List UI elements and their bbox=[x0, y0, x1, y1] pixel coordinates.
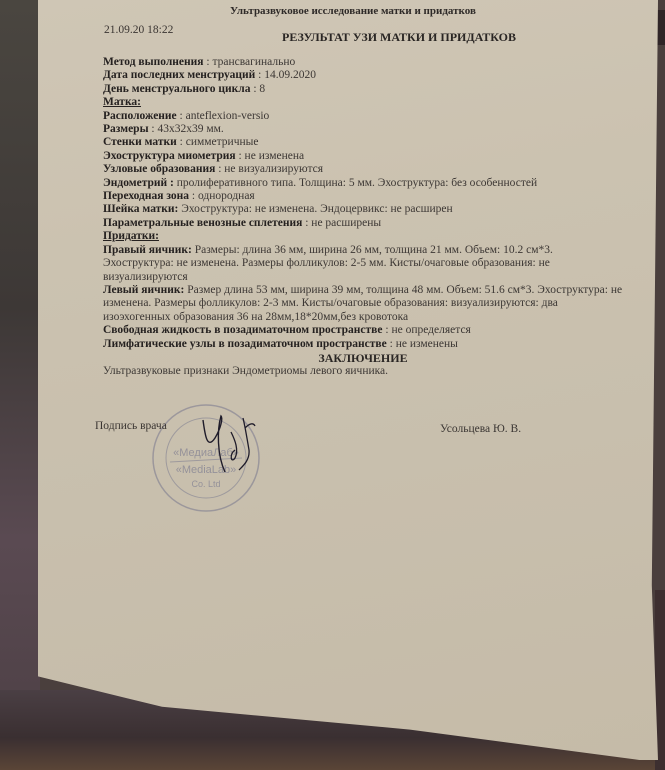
field-label: Шейка матки: bbox=[103, 203, 178, 215]
field-free-fluid: Свободная жидкость в позадиматочном прос… bbox=[103, 324, 623, 337]
section-uterus: Матка: bbox=[103, 96, 623, 109]
field-value: : не визуализируются bbox=[218, 163, 323, 175]
field-value: : anteflexion-versio bbox=[180, 110, 270, 122]
field-lymph-nodes: Лимфатические узлы в позадиматочном прос… bbox=[103, 338, 623, 351]
field-right-ovary: Правый яичник: Размеры: длина 36 мм, шир… bbox=[103, 244, 623, 284]
field-value: : 8 bbox=[253, 83, 265, 95]
doctor-name: Усольцева Ю. В. bbox=[440, 423, 521, 436]
field-label: Свободная жидкость в позадиматочном прос… bbox=[103, 324, 383, 336]
field-value: : не расширены bbox=[305, 217, 381, 229]
field-value: : 43x32x39 мм. bbox=[151, 123, 223, 135]
field-cervix: Шейка матки: Эхоструктура: не изменена. … bbox=[103, 203, 623, 216]
field-label: Метод выполнения bbox=[103, 56, 204, 68]
field-method: Метод выполнения : трансвагинально bbox=[103, 56, 623, 69]
report-body: Метод выполнения : трансвагинально Дата … bbox=[103, 56, 623, 379]
field-uterus-size: Размеры : 43x32x39 мм. bbox=[103, 123, 623, 136]
field-label: Размеры bbox=[103, 123, 149, 135]
report-title: РЕЗУЛЬТАТ УЗИ МАТКИ И ПРИДАТКОВ bbox=[282, 31, 516, 44]
field-uterus-walls: Стенки матки : симметричные bbox=[103, 136, 623, 149]
field-endometrium: Эндометрий : пролиферативного типа. Толщ… bbox=[103, 177, 623, 190]
field-label: Дата последних менструаций bbox=[103, 69, 255, 81]
field-nodes: Узловые образования : не визуализируются bbox=[103, 163, 623, 176]
section-adnexa: Придатки: bbox=[103, 230, 623, 243]
field-label: Стенки матки bbox=[103, 136, 177, 148]
field-label: Эхоструктура миометрия bbox=[103, 150, 236, 162]
field-label: Расположение bbox=[103, 110, 177, 122]
field-value: : однородная bbox=[192, 190, 255, 202]
signature-label: Подпись врача bbox=[95, 420, 167, 433]
field-label: День менструального цикла bbox=[103, 83, 250, 95]
field-label: Параметральные венозные сплетения bbox=[103, 217, 302, 229]
report-header-title: Ультразвуковое исследование матки и прид… bbox=[230, 5, 476, 18]
field-left-ovary: Левый яичник: Размер длина 53 мм, ширина… bbox=[103, 284, 623, 324]
field-value: Эхоструктура: не изменена. Эндоцервикс: … bbox=[178, 203, 452, 215]
conclusion-title: ЗАКЛЮЧЕНИЕ bbox=[103, 352, 623, 365]
signature-icon bbox=[195, 410, 265, 480]
field-value: : трансвагинально bbox=[206, 56, 295, 68]
field-label: Левый яичник: bbox=[103, 284, 184, 296]
conclusion-text: Ультразвуковые признаки Эндометриомы лев… bbox=[103, 365, 623, 378]
field-value: : симметричные bbox=[180, 136, 259, 148]
svg-text:Co. Ltd: Co. Ltd bbox=[191, 479, 220, 489]
field-label: Лимфатические узлы в позадиматочном прос… bbox=[103, 338, 387, 350]
ultrasound-report: Ультразвуковое исследование матки и прид… bbox=[0, 0, 665, 770]
field-label: Переходная зона bbox=[103, 190, 189, 202]
field-parametrial: Параметральные венозные сплетения : не р… bbox=[103, 217, 623, 230]
field-value: : не определяется bbox=[385, 324, 470, 336]
field-value: : не изменена bbox=[238, 150, 304, 162]
field-value: : не изменены bbox=[390, 338, 458, 350]
field-myometrium: Эхоструктура миометрия : не изменена bbox=[103, 150, 623, 163]
field-uterus-position: Расположение : anteflexion-versio bbox=[103, 110, 623, 123]
field-label: Правый яичник: bbox=[103, 244, 192, 256]
field-label: Узловые образования bbox=[103, 163, 215, 175]
field-transition-zone: Переходная зона : однородная bbox=[103, 190, 623, 203]
field-value: пролиферативного типа. Толщина: 5 мм. Эх… bbox=[174, 177, 537, 189]
field-cycle-day: День менструального цикла : 8 bbox=[103, 83, 623, 96]
field-value: : 14.09.2020 bbox=[258, 69, 316, 81]
field-last-menses: Дата последних менструаций : 14.09.2020 bbox=[103, 69, 623, 82]
report-datetime: 21.09.20 18:22 bbox=[104, 24, 173, 37]
field-label: Эндометрий : bbox=[103, 177, 174, 189]
